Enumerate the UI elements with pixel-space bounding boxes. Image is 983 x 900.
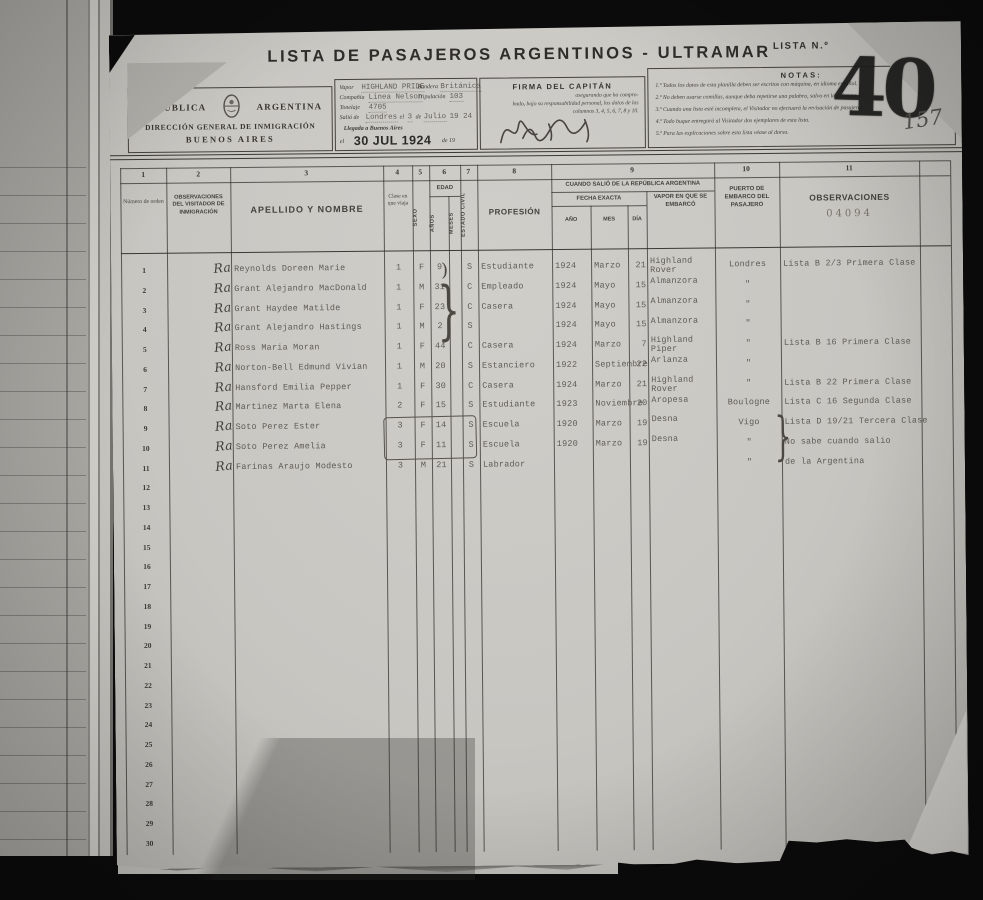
cell-anio: 1924 [552,296,591,316]
ink-brace-rows-2-4: } [437,274,460,348]
col-number-6: 6 [442,167,446,176]
cell-edad-meses [450,357,462,377]
row-number: 18 [124,596,170,616]
header-estado-civil: ESTADO CIVIL [460,183,478,247]
lista-number-label: LISTA N.º [773,40,830,52]
cell-dia: 20 [629,394,648,414]
row-number: 28 [126,794,172,814]
row-number: 22 [125,675,171,695]
cell-vapor-embarco: Highland Rover [647,255,715,275]
cell-vapor-embarco: Desna [649,433,717,453]
cell-profesion: Escuela [480,435,554,455]
col-number-2: 2 [196,169,200,178]
page-edges-band [88,0,113,856]
salio-label: Salió de [340,115,360,121]
cell-mes: Mayo [591,276,628,296]
llegada-label: Llegada a Buenos Aires [344,125,403,132]
cell-anio: 1920 [554,415,593,435]
cell-estado-civil: C [462,337,479,357]
cell-sexo: F [414,396,431,416]
cell-mes: Septiembre [592,355,629,375]
cell-margin [921,391,952,411]
cell-puerto: " [717,452,782,472]
row-number: 15 [124,537,170,557]
cell-vapor-embarco: Desna [649,413,717,433]
captain-signature-box: FIRMA DEL CAPITÁN asegurando que ha comp… [479,76,646,150]
arrival-date-stamp: 30 JUL 1924 [354,133,432,148]
hline [120,160,950,169]
header-anios: AÑOS [429,199,448,247]
cell-sexo: F [413,258,430,278]
cell-observaciones [781,313,921,334]
cell-apellido-nombre: Soto Perez Amelia [233,436,386,457]
captain-title: FIRMA DEL CAPITÁN [480,81,644,92]
row-number: 2 [121,280,167,300]
cell-vapor-embarco: Aropesa [648,394,716,414]
header-edad: EDAD [429,185,460,193]
row-number: 6 [122,359,168,379]
row-number: 12 [123,478,169,498]
cell-dia: 7 [629,335,648,355]
cell-profesion: Estanciero [479,356,553,376]
cell-clase: 1 [385,377,414,397]
cell-margin [921,312,952,332]
cell-estado-civil: C [462,376,479,396]
cell-estado-civil: C [461,278,478,298]
cell-vapor-embarco [649,453,717,473]
cell-margin [920,273,951,293]
col-number-4: 4 [395,168,399,177]
hline [121,245,951,254]
row-number: 20 [125,636,171,656]
header-apellido: APELLIDO Y NOMBRE [230,204,383,217]
header-visitador: OBSERVACIONES DEL VISITADOR DE INMIGRACI… [168,194,228,216]
header-puerto: PUERTO DE EMBARCO DEL PASAJERO [716,186,777,210]
underlying-page-ruling [0,140,86,840]
cell-puerto: " [716,373,781,393]
header-anio: AÑO [552,217,591,225]
cell-observaciones [780,293,920,314]
compania-value: Linea Nelson [368,93,422,103]
cell-dia: 15 [628,296,647,316]
col-number-3: 3 [304,168,308,177]
hline [120,175,950,184]
row-number: 5 [122,340,168,360]
row-number: 1 [121,261,167,281]
cell-observaciones: Lista C 16 Segunda Clase [781,392,921,413]
scanned-document-photo: LISTA DE PASAJEROS ARGENTINOS - ULTRAMAR… [0,0,983,900]
hline [429,196,460,197]
cell-margin [922,431,953,451]
hline [552,205,647,207]
col-number-1: 1 [141,170,145,179]
cell-mes [593,454,630,474]
cell-apellido-nombre: Norton-Bell Edmund Vivian [232,357,385,378]
cell-clase: 1 [385,357,414,377]
header-observaciones: OBSERVACIONES [779,192,919,204]
cell-profesion: Escuela [480,415,554,435]
row-number: 27 [126,774,172,794]
cell-apellido-nombre: Farinas Araujo Modesto [233,456,386,477]
cell-mes: Mayo [592,316,629,336]
row-number: 3 [121,300,167,320]
row-number: 26 [126,754,172,774]
header-vapor-embarco: VAPOR EN QUE SE EMBARCÓ [648,194,712,210]
cell-margin [921,352,952,372]
cell-anio: 1920 [554,434,593,454]
row-number: 25 [126,735,172,755]
cell-observaciones: Lista B 2/3 Primera Clase [780,254,920,275]
cell-estado-civil: S [461,258,478,278]
cell-profesion: Casera [478,297,552,317]
cell-estado-civil: S [462,396,479,416]
cell-apellido-nombre: Ross Maria Moran [232,338,385,359]
cell-observaciones [781,352,921,373]
cell-puerto: " [716,314,781,334]
cell-vapor-embarco: Highland Piper [648,334,716,354]
cell-apellido-nombre: Soto Perez Ester [233,417,386,438]
cell-sexo: F [414,337,431,357]
row-number: 24 [125,715,171,735]
cell-vapor-embarco: Almanzora [648,315,716,335]
row-number: 8 [122,399,168,419]
cell-edad-anios: 30 [431,377,450,397]
cell-profesion: Estudiante [478,257,552,277]
cell-puerto: " [716,354,781,374]
col-number-9: 9 [630,165,634,174]
cell-observaciones: Lista B 22 Primera Clase [781,372,921,393]
cell-puerto: Vigo [717,413,782,433]
captain-text-1: asegurando que ha compro- [575,92,638,99]
cell-vapor-embarco: Almanzora [647,295,715,315]
underlying-page-line [66,0,68,856]
header-numero: Número de orden [122,199,164,207]
col-number-7: 7 [466,167,470,176]
compania-label: Compañía [339,95,364,101]
cell-anio: 1922 [553,355,592,375]
cell-puerto: " [715,294,780,314]
cell-estado-civil: C [461,297,478,317]
cell-clase: 2 [385,397,414,417]
row-number: 13 [123,498,169,518]
cell-anio: 1923 [553,395,592,415]
cell-sexo: M [413,278,430,298]
document-page: LISTA DE PASAJEROS ARGENTINOS - ULTRAMAR… [109,21,969,869]
cell-sexo: M [414,317,431,337]
tonelaje-value: 4705 [369,104,387,113]
cell-apellido-nombre: Reynolds Doreen Marie [231,259,384,280]
cell-edad-anios: 20 [431,357,450,377]
cell-vapor-embarco: Highland Rover [648,374,716,394]
argentina-coat-of-arms-icon [222,93,240,119]
header-meses: MESES [448,199,460,247]
cell-mes: Marzo [593,414,630,434]
cell-profesion: Casera [479,336,553,356]
captain-signature-scrawl [489,103,639,148]
salio-dia: 3 [408,113,413,122]
cell-margin [920,253,951,273]
cell-profesion: Labrador [480,455,554,475]
cell-vapor-embarco: Almanzora [647,275,715,295]
cell-dia: 19 [630,414,649,434]
cell-dia: 15 [629,315,648,335]
row-number-column: 1234567891011121314151617181920212223242… [121,261,173,854]
cell-margin [920,293,951,313]
cell-dia: 21 [628,256,647,276]
cell-estado-civil: S [462,356,479,376]
header-clase: Clase en que viaja [384,193,411,208]
row-number: 21 [125,656,171,676]
tonelaje-label: Tonelaje [340,105,361,111]
org-direccion: DIRECCIÓN GENERAL DE INMIGRACIÓN [129,121,332,132]
cell-apellido-nombre: Hansford Emilia Pepper [232,377,385,398]
observaciones-number-stamp: 04094 [780,208,920,220]
cell-clase: 1 [385,318,414,338]
vapor-value: HIGHLAND PRIDE [361,83,424,93]
page-title: LISTA DE PASAJEROS ARGENTINOS - ULTRAMAR [239,43,799,67]
row-number: 7 [122,379,168,399]
row-number: 9 [123,419,169,439]
header-sexo: SEXO [412,188,430,246]
row-number: 29 [126,814,172,834]
cell-dia: 19 [630,434,649,454]
col-number-11: 11 [846,163,853,172]
cell-clase: 1 [385,337,414,357]
cell-puerto: Londres [715,255,780,275]
col-number-5: 5 [418,167,422,176]
cell-margin [922,451,953,471]
cell-profesion [479,316,553,336]
cell-anio [554,454,593,474]
header-dia: DÍA [628,216,647,223]
ink-box-rows-9-10 [383,415,477,460]
cell-edad-anios: 15 [431,396,450,416]
row-number: 10 [123,438,169,458]
cell-anio: 1924 [553,336,592,356]
cell-profesion: Estudiante [479,395,553,415]
cell-edad-meses [450,376,462,396]
cell-clase: 1 [384,278,413,298]
cell-anio: 1924 [553,316,592,336]
col-number-8: 8 [512,166,516,175]
de-label: de [416,114,422,120]
cell-margin [921,332,952,352]
hline [551,190,714,193]
cell-anio: 1924 [553,375,592,395]
book-page-stack-edge [0,0,113,856]
cell-clase: 1 [384,258,413,278]
cell-sexo: M [414,357,431,377]
cell-margin [921,411,952,431]
row-number: 23 [125,695,171,715]
salio-puerto: Londres [366,114,398,123]
cell-puerto: " [716,334,781,354]
el-label: el [400,114,404,120]
cell-dia: 22 [629,355,648,375]
cell-puerto: Boulogne [716,393,781,413]
cell-apellido-nombre: Grant Haydee Matilde [231,298,384,319]
cell-profesion: Casera [479,376,553,396]
cell-observaciones [780,273,920,294]
cell-estado-civil: S [462,317,479,337]
ship-info-box: Vapor HIGHLAND PRIDE Bandera Británica C… [334,78,478,151]
org-city: BUENOS AIRES [129,133,332,145]
cell-edad-meses [450,396,462,416]
passenger-table-body: Ra Reynolds Doreen Marie 1 F 9 S Estudia… [167,253,953,478]
row-number: 4 [122,320,168,340]
header-fecha-exacta: FECHA EXACTA [551,195,646,203]
salio-mes: Julio [424,113,447,122]
el2-label: el [340,139,344,145]
cell-observaciones: Lista D 19/21 Tercera Clase [782,412,922,433]
row-number: 30 [127,833,173,853]
tripulacion-label: Tripulación [417,94,445,100]
cell-mes: Noviembre [592,395,629,415]
cell-apellido-nombre: Grant Alejandro MacDonald [231,278,384,299]
cell-observaciones: Lista B 16 Primera Clase [781,333,921,354]
cell-margin [921,372,952,392]
vapor-label: Vapor [339,85,353,91]
header-cuando-salio: CUANDO SALIÓ DE LA REPÚBLICA ARGENTINA [551,180,714,189]
cell-vapor-embarco: Arlanza [648,354,716,374]
row-number: 14 [123,517,169,537]
cell-clase: 1 [384,298,413,318]
cell-dia: 21 [629,375,648,395]
cell-apellido-nombre: Grant Alejandro Hastings [232,318,385,339]
cell-mes: Marzo [592,335,629,355]
cell-mes: Marzo [592,375,629,395]
col-number-10: 10 [742,164,750,173]
ink-brace-rows-9-10: } [774,407,791,467]
salio-anio: 19 24 [450,113,473,121]
cell-mes: Mayo [591,296,628,316]
tripulacion-value: 103 [449,93,463,102]
cell-anio: 1924 [552,257,591,277]
cell-puerto: " [715,275,780,295]
bandera-label: Bandera [417,84,438,90]
cell-anio: 1924 [552,276,591,296]
header-mes: MES [591,216,628,223]
cell-mes: Marzo [591,256,628,276]
bandera-value: Británica [440,83,481,92]
cell-sexo: F [413,298,430,318]
cell-observaciones: de la Argentina [782,451,922,472]
header-profesion: PROFESIÓN [478,207,552,218]
cell-observaciones: No sabe cuando salio [782,431,922,452]
row-number: 19 [124,616,170,636]
cell-apellido-nombre: Martinez Marta Elena [232,397,385,418]
cell-profesion: Empleado [478,277,552,297]
org-name-right: ARGENTINA [256,101,322,112]
row-number: 11 [123,458,169,478]
row-number: 17 [124,577,170,597]
cell-puerto: " [717,433,782,453]
de19-label: de 19 [442,138,455,144]
cell-dia [630,454,649,474]
cell-dia: 15 [628,276,647,296]
cell-sexo: F [414,377,431,397]
cell-mes: Marzo [593,434,630,454]
row-number: 16 [124,557,170,577]
